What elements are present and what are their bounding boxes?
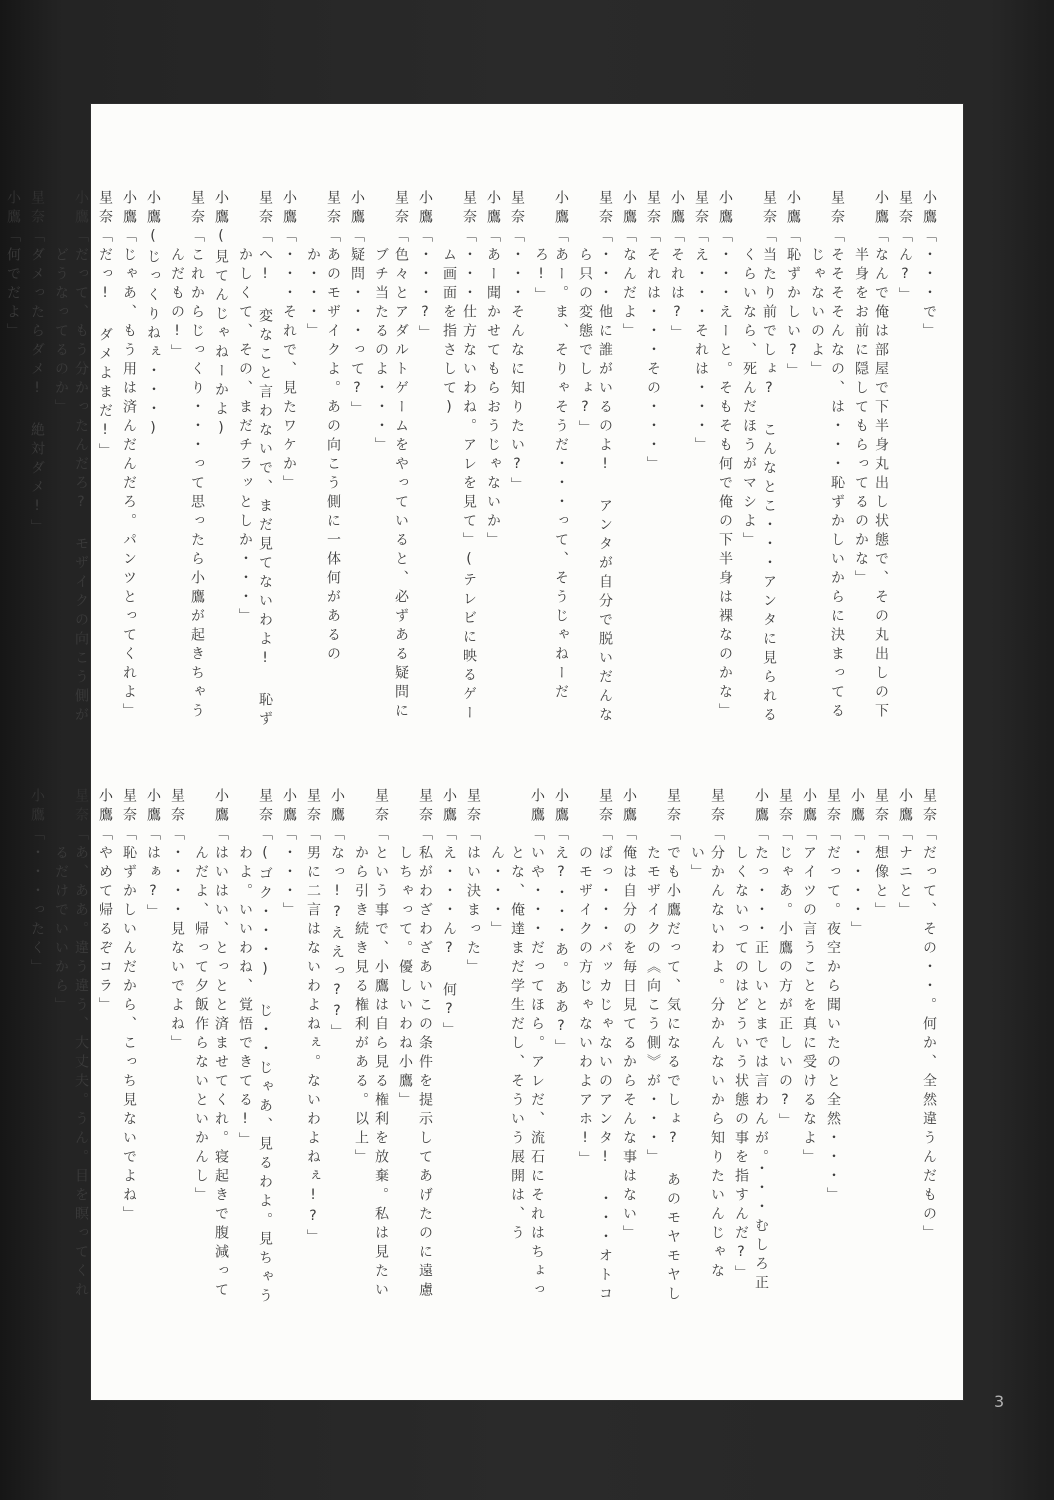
dialogue-line: 星奈「・・・他に誰がいるのよ! アンタが自分で脱いだんなら只の変態でしょ?」 <box>575 190 615 738</box>
dialogue-line: 星奈「分かんないわよ。分かんないから知りたいんじゃない」 <box>687 788 727 1312</box>
dialogue-text: 「・・・それで、見たワケか」 <box>281 228 297 494</box>
speaker-name: 小鷹 <box>97 788 113 826</box>
dialogue-line: 星奈「でも小鷹だって、気になるでしょ? あのモヤモヤしたモザイクの《向こう側》が… <box>643 788 683 1312</box>
speaker-name: 小鷹 <box>849 788 865 826</box>
dialogue-text: 「色々とアダルトゲームをやっていると、必ずある疑問にブチ当たるのよ・・・」 <box>373 228 409 722</box>
dialogue-line: 小鷹「やめて帰るぞコラ」 <box>95 788 115 1312</box>
dialogue-line: 星奈「色々とアダルトゲームをやっていると、必ずある疑問にブチ当たるのよ・・・」 <box>371 190 411 738</box>
dialogue-line: 星奈「当たり前でしょ? こんなとこ・・・アンタに見られるくらいなら、死んだほうが… <box>739 190 779 738</box>
speaker-name: 星奈 <box>897 190 913 228</box>
dialogue-text: 「・・・他に誰がいるのよ! アンタが自分で脱いだんなら只の変態でしょ?」 <box>577 228 613 726</box>
dialogue-line: 小鷹「それは?」 <box>667 190 687 738</box>
dialogue-text: 「じゃあ。小鷹の方が正しいの?」 <box>777 826 793 1132</box>
speaker-name: 星奈 <box>325 190 341 228</box>
speaker-name: 小鷹 <box>485 190 501 228</box>
dialogue-text: 「それは・・・その・・・」 <box>645 228 661 475</box>
dialogue-text: 「そそそそんなの、は・・・恥ずかしいからに決まってるじゃないのよ」 <box>809 228 845 722</box>
dialogue-text: 「だって、もう分かったんだろ? モザイクの向こう側がどうなってるのか」 <box>53 228 89 726</box>
dialogue-text: 「私がわざわざあいこの条件を提示してあげたのに遠慮しちゃって。優しいわね小鷹」 <box>397 826 433 1301</box>
dialogue-line: 星奈「だっ! ダメよまだ!」 <box>95 190 115 738</box>
dialogue-text: 「はぁ?」 <box>145 826 161 923</box>
dialogue-text: 「へ! 変なこと言わないで、まだ見てないわよ! 恥ずかしくて、その、まだチラッと… <box>237 228 273 730</box>
dialogue-line: 小鷹(見てんじゃねーかよ) <box>211 190 231 738</box>
dialogue-line: 小鷹「じゃあ、もう用は済んだんだろ。パンツとってくれよ」 <box>119 190 139 738</box>
dialogue-line: 小鷹「はいはい、とっとと済ませてくれ。寝起きで腹減ってんだよ、帰って夕飯作らない… <box>191 788 231 1312</box>
dialogue-text: (じっくりねぇ・・・) <box>145 228 161 441</box>
dialogue-text: 「なんだよ」 <box>621 228 637 342</box>
dialogue-text: (見てんじゃねーかよ) <box>213 228 229 441</box>
speaker-name: 星奈 <box>873 788 889 826</box>
dialogue-text: 「想像と」 <box>873 826 889 921</box>
speaker-name: 星奈 <box>189 190 205 228</box>
speaker-name: 小鷹 <box>145 788 161 826</box>
dialogue-text: 「ナニと」 <box>897 826 913 921</box>
dialogue-text: 「これからじっくり・・・って思ったら小鷹が起きちゃうんだもの!」 <box>169 228 205 722</box>
dialogue-line: 星奈「(ゴク・・・) じ・・じゃあ、見るわよ。見ちゃうわよ。いいわね、覚悟できて… <box>235 788 275 1312</box>
dialogue-line: 小鷹「ナニと」 <box>895 788 915 1312</box>
speaker-name: 星奈 <box>761 190 777 228</box>
speaker-name: 星奈 <box>169 788 185 826</box>
speaker-name: 星奈 <box>305 788 321 826</box>
dialogue-line: 小鷹「あー聞かせてもらおうじゃないか」 <box>483 190 503 738</box>
dialogue-line: 星奈「男に二言はないわよねぇ。ないわよねぇ!?」 <box>303 788 323 1312</box>
dialogue-text: 「・・・?」 <box>417 228 433 344</box>
speaker-name: 星奈 <box>257 190 273 228</box>
dialogue-line: 小鷹「・・・それで、見たワケか」 <box>279 190 299 738</box>
speaker-name: 小鷹 <box>873 190 889 228</box>
dialogue-text: 「恥ずかしい?」 <box>785 228 801 382</box>
dialogue-line: 星奈「これからじっくり・・・って思ったら小鷹が起きちゃうんだもの!」 <box>167 190 207 738</box>
dialogue-line: 小鷹「いや・・・だってほら。アレだ、流石にそれはちょっとな、俺達まだ学生だし、そ… <box>487 788 547 1312</box>
dialogue-line: 星奈「はい決まった」 <box>463 788 483 1312</box>
dialogue-line: 小鷹「だって、もう分かったんだろ? モザイクの向こう側がどうなってるのか」 <box>51 190 91 738</box>
speaker-name: 星奈 <box>921 788 937 826</box>
dialogue-text: 「え?・・・あ。ああ?」 <box>553 826 569 1058</box>
dialogue-text: 「恥ずかしいんだから、こっち見ないでよね」 <box>121 826 137 1225</box>
dialogue-text: 「(ゴク・・・) じ・・じゃあ、見るわよ。見ちゃうわよ。いいわね、覚悟できてる!… <box>237 826 273 1307</box>
dialogue-text: 「・・・・見ないでよね」 <box>169 826 185 1054</box>
speaker-name: 星奈 <box>665 788 681 826</box>
dialogue-line: 小鷹「なんだよ」 <box>619 190 639 738</box>
dialogue-text: 「ダメったらダメ! 絶対ダメ!」 <box>29 228 45 538</box>
speaker-name: 小鷹 <box>553 788 569 826</box>
speaker-name: 小鷹 <box>73 190 89 228</box>
speaker-name: 小鷹 <box>801 788 817 826</box>
dialogue-line: 小鷹「たっ・・・正しいとまでは言わんが。・・・むしろ正しくないってのはどういう状… <box>731 788 771 1312</box>
dialogue-line: 小鷹「はぁ?」 <box>143 788 163 1312</box>
speaker-name: 星奈 <box>509 190 525 228</box>
speaker-name: 小鷹 <box>897 788 913 826</box>
speaker-name: 小鷹 <box>213 190 229 228</box>
dialogue-line: 小鷹「・・・で」 <box>919 190 939 738</box>
speaker-name: 小鷹 <box>921 190 937 228</box>
speaker-name: 星奈 <box>121 788 137 826</box>
dialogue-line: 小鷹(じっくりねぇ・・・) <box>143 190 163 738</box>
speaker-name: 星奈 <box>597 788 613 826</box>
dialogue-line: 星奈「そそそそんなの、は・・・恥ずかしいからに決まってるじゃないのよ」 <box>807 190 847 738</box>
dialogue-text: 「あ、ああ。違う違う、大丈夫。うん。目を瞑ってくれるだけでいいから」 <box>53 826 89 1301</box>
dialogue-line: 小鷹「・・・」 <box>279 788 299 1312</box>
dialogue-line: 小鷹「・・・・」 <box>847 788 867 1312</box>
dialogue-text: 「・・・そんなに知りたい?」 <box>509 228 525 496</box>
dialogue-line: 小鷹「・・・ったく」 <box>27 788 47 1312</box>
dialogue-line: 小鷹「疑問・・・って?」 <box>347 190 367 738</box>
dialogue-text: 「たっ・・・正しいとまでは言わんが。・・・むしろ正しくないってのはどういう状態の… <box>733 826 769 1294</box>
speaker-name: 小鷹 <box>29 788 45 826</box>
dialogue-line: 小鷹「恥ずかしい?」 <box>783 190 803 738</box>
speaker-name: 小鷹 <box>281 788 297 826</box>
speaker-name: 星奈 <box>373 788 389 826</box>
dialogue-text: 「え・・・それは・・・」 <box>693 228 709 456</box>
speaker-name: 星奈 <box>393 190 409 228</box>
speaker-name: 小鷹 <box>281 190 297 228</box>
speaker-name: 小鷹 <box>669 190 685 228</box>
dialogue-text: 「だって、その・・。何か、全然違うんだもの」 <box>921 826 937 1244</box>
dialogue-text: 「やめて帰るぞコラ」 <box>97 826 113 1016</box>
dialogue-text: 「じゃあ、もう用は済んだんだろ。パンツとってくれよ」 <box>121 228 137 722</box>
dialogue-text: 「でも小鷹だって、気になるでしょ? あのモヤモヤしたモザイクの《向こう側》が・・… <box>645 826 681 1305</box>
speaker-name: 小鷹 <box>621 788 637 826</box>
dialogue-text: 「分かんないわよ。分かんないから知りたいんじゃない」 <box>689 826 725 1282</box>
dialogue-line: 小鷹「・・・えーと。そもそも何で俺の下半身は裸なのかな」 <box>715 190 735 738</box>
dialogue-text: 「・・・仕方ないわね。アレを見て」(テレビに映るゲーム画面を指さして) <box>441 228 477 724</box>
speaker-name: 星奈 <box>465 788 481 826</box>
dialogue-line: 星奈「・・・・見ないでよね」 <box>167 788 187 1312</box>
dialogue-line: 小鷹「え?・・・あ。ああ?」 <box>551 788 571 1312</box>
dialogue-line: 星奈「・・・そんなに知りたい?」 <box>507 190 527 738</box>
speaker-name: 小鷹 <box>553 190 569 228</box>
dialogue-text: 「はいはい、とっとと済ませてくれ。寝起きで腹減ってんだよ、帰って夕飯作らないとい… <box>193 826 229 1301</box>
dialogue-text: 「・・・で」 <box>921 228 937 342</box>
dialogue-text: 「え・・・ん? 何?」 <box>441 826 457 1041</box>
dialogue-text: 「はい決まった」 <box>465 826 481 978</box>
speaker-name: 小鷹 <box>785 190 801 228</box>
dialogue-text: 「いや・・・だってほら。アレだ、流石にそれはちょっとな、俺達まだ学生だし、そうい… <box>489 826 545 1301</box>
dialogue-line: 星奈「だって。夜空から聞いたのと全然・・・」 <box>823 788 843 1312</box>
dialogue-text: 「なっ!?ええっ??」 <box>329 826 345 1043</box>
speaker-name: 星奈 <box>597 190 613 228</box>
dialogue-text: 「アイツの言うことを真に受けるなよ」 <box>801 826 817 1168</box>
dialogue-text: 「・・・ったく」 <box>29 826 45 978</box>
dialogue-line: 小鷹「え・・・ん? 何?」 <box>439 788 459 1312</box>
dialogue-text: 「・・・・」 <box>849 826 865 940</box>
speaker-name: 星奈 <box>97 190 113 228</box>
dialogue-line: 小鷹「何でだよ」 <box>3 190 23 738</box>
speaker-name: 小鷹 <box>5 190 21 228</box>
speaker-name: 星奈 <box>29 190 45 228</box>
dialogue-text: 「なんで俺は部屋で下半身丸出し状態で、その丸出しの下半身をお前に隠してもらってる… <box>853 228 889 722</box>
speaker-name: 星奈 <box>709 788 725 826</box>
dialogue-line: 星奈「あのモザイクよ。あの向こう側に一体何があるのか・・・」 <box>303 190 343 738</box>
speaker-name: 小鷹 <box>121 190 137 228</box>
dialogue-line: 星奈「私がわざわざあいこの条件を提示してあげたのに遠慮しちゃって。優しいわね小鷹… <box>395 788 435 1312</box>
speaker-name: 小鷹 <box>753 788 769 826</box>
dialogue-line: 星奈「へ! 変なこと言わないで、まだ見てないわよ! 恥ずかしくて、その、まだチラ… <box>235 190 275 738</box>
dialogue-text: 「何でだよ」 <box>5 228 21 342</box>
dialogue-line: 星奈「だって、その・・。何か、全然違うんだもの」 <box>919 788 939 1312</box>
page-number: 3 <box>994 1392 1004 1411</box>
speaker-name: 星奈 <box>645 190 661 228</box>
dialogue-line: 星奈「え・・・それは・・・」 <box>691 190 711 738</box>
dialogue-text: 「あのモザイクよ。あの向こう側に一体何があるのか・・・」 <box>305 228 341 665</box>
speaker-name: 小鷹 <box>529 788 545 826</box>
dialogue-line: 星奈「それは・・・その・・・」 <box>643 190 663 738</box>
scanned-doujin-page: { "page": { "number": "3", "paper_color"… <box>0 0 1054 1500</box>
dialogue-block-top: 小鷹「・・・で」星奈「ん?」小鷹「なんで俺は部屋で下半身丸出し状態で、その丸出し… <box>115 190 939 738</box>
dialogue-line: 小鷹「なっ!?ええっ??」 <box>327 788 347 1312</box>
speaker-name: 星奈 <box>417 788 433 826</box>
dialogue-text: 「・・・」 <box>281 826 297 921</box>
dialogue-line: 星奈「想像と」 <box>871 788 891 1312</box>
dialogue-line: 小鷹「なんで俺は部屋で下半身丸出し状態で、その丸出しの下半身をお前に隠してもらっ… <box>851 190 891 738</box>
dialogue-text: 「あー。ま、そりゃそうだ・・・って、そうじゃねーだろ!」 <box>533 228 569 703</box>
speaker-name: 星奈 <box>73 788 89 826</box>
speaker-name: 星奈 <box>829 190 845 228</box>
speaker-name: 小鷹 <box>417 190 433 228</box>
speaker-name: 小鷹 <box>621 190 637 228</box>
speaker-name: 小鷹 <box>349 190 365 228</box>
speaker-name: 星奈 <box>825 788 841 826</box>
dialogue-line: 星奈「ダメったらダメ! 絶対ダメ!」 <box>27 190 47 738</box>
dialogue-line: 星奈「・・・仕方ないわね。アレを見て」(テレビに映るゲーム画面を指さして) <box>439 190 479 738</box>
dialogue-line: 星奈「ばっ・・・バッカじゃないのアンタ! ・・・オトコのモザイクの方じゃないわよ… <box>575 788 615 1312</box>
dialogue-text: 「だって。夜空から聞いたのと全然・・・」 <box>825 826 841 1206</box>
dialogue-text: 「ばっ・・・バッカじゃないのアンタ! ・・・オトコのモザイクの方じゃないわよアホ… <box>577 826 613 1305</box>
dialogue-line: 星奈「という事で、小鷹は自ら見る権利を放棄。私は見たいから引き続き見る権利がある… <box>351 788 391 1312</box>
dialogue-text: 「ん?」 <box>897 228 913 306</box>
speaker-name: 小鷹 <box>329 788 345 826</box>
dialogue-text: 「それは?」 <box>669 228 685 344</box>
dialogue-line: 小鷹「あー。ま、そりゃそうだ・・・って、そうじゃねーだろ!」 <box>531 190 571 738</box>
dialogue-line: 星奈「じゃあ。小鷹の方が正しいの?」 <box>775 788 795 1312</box>
dialogue-text: 「俺は自分のを毎日見てるからそんな事はない」 <box>621 826 637 1244</box>
speaker-name: 星奈 <box>461 190 477 228</box>
dialogue-text: 「・・・えーと。そもそも何で俺の下半身は裸なのかな」 <box>717 228 733 722</box>
speaker-name: 小鷹 <box>213 788 229 826</box>
speaker-name: 小鷹 <box>441 788 457 826</box>
dialogue-line: 小鷹「俺は自分のを毎日見てるからそんな事はない」 <box>619 788 639 1312</box>
dialogue-line: 小鷹「・・・?」 <box>415 190 435 738</box>
dialogue-text: 「という事で、小鷹は自ら見る権利を放棄。私は見たいから引き続き見る権利がある。以… <box>353 826 389 1301</box>
dialogue-text: 「男に二言はないわよねぇ。ないわよねぇ!?」 <box>305 826 321 1248</box>
speaker-name: 小鷹 <box>717 190 733 228</box>
dialogue-line: 星奈「恥ずかしいんだから、こっち見ないでよね」 <box>119 788 139 1312</box>
speaker-name: 星奈 <box>693 190 709 228</box>
dialogue-text: 「だっ! ダメよまだ!」 <box>97 228 113 462</box>
dialogue-text: 「あー聞かせてもらおうじゃないか」 <box>485 228 501 551</box>
speaker-name: 小鷹 <box>145 190 161 228</box>
paper-page: 小鷹「・・・で」星奈「ん?」小鷹「なんで俺は部屋で下半身丸出し状態で、その丸出し… <box>91 104 963 1400</box>
dialogue-text: 「当たり前でしょ? こんなとこ・・・アンタに見られるくらいなら、死んだほうがマシ… <box>741 228 777 726</box>
speaker-name: 星奈 <box>777 788 793 826</box>
dialogue-line: 小鷹「アイツの言うことを真に受けるなよ」 <box>799 788 819 1312</box>
dialogue-line: 星奈「ん?」 <box>895 190 915 738</box>
dialogue-block-bottom: 星奈「だって、その・・。何か、全然違うんだもの」小鷹「ナニと」星奈「想像と」小鷹… <box>105 788 939 1312</box>
speaker-name: 星奈 <box>257 788 273 826</box>
dialogue-line: 星奈「あ、ああ。違う違う、大丈夫。うん。目を瞑ってくれるだけでいいから」 <box>51 788 91 1312</box>
dialogue-text: 「疑問・・・って?」 <box>349 228 365 420</box>
